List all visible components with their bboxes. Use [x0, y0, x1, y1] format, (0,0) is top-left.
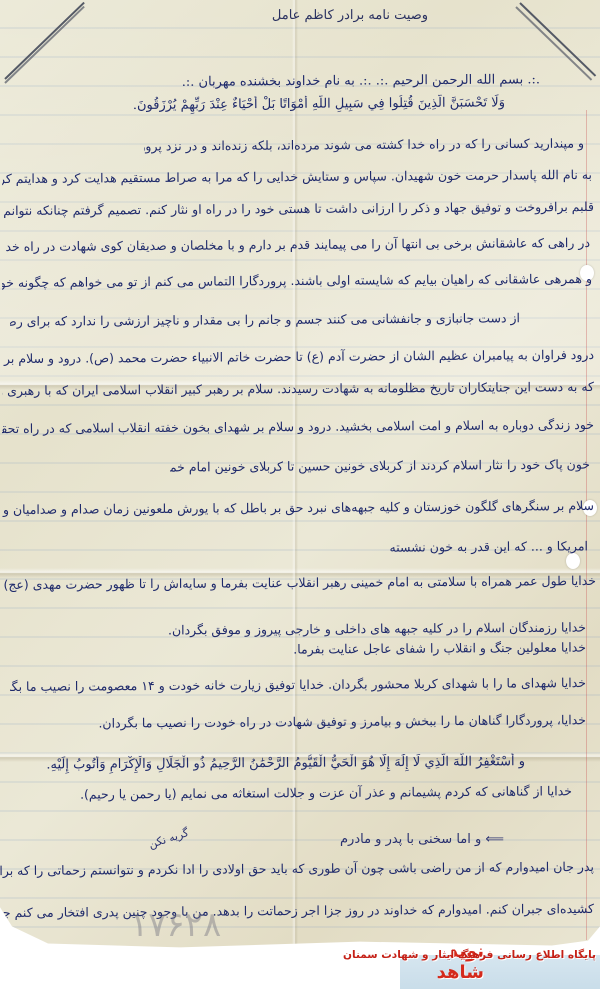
pencil-scribble: ۱۷۶۲۸: [130, 905, 221, 945]
text-line: خدایا طول عمر همراه با سلامتی به امام خم…: [2, 572, 596, 594]
arrow-icon: ⟸: [485, 832, 504, 847]
text-line: پدر جان امیدوارم که از من راضی باشی چون …: [0, 858, 594, 880]
text-line: .:. بسم الله الرحمن الرحیم .:. .:. به نا…: [60, 71, 540, 92]
text-line: از دست جانبازی و جانفشانی می کنند جسم و …: [10, 309, 520, 331]
text-line: درود فراوان به پیامبران عظیم الشان از حض…: [2, 346, 594, 368]
watermark-logo: نوید شاهد: [400, 941, 484, 983]
text-line: که به دست این جنایتکاران تاریخ مظلومانه …: [2, 378, 594, 400]
text-line: وَلَا تَحْسَبَنَّ الَّذِينَ قُتِلُوا فِي…: [35, 94, 505, 115]
section-heading-text: و اما سخنی با پدر و مادرم: [340, 832, 481, 847]
letter-paper: وصیت نامه برادر کاظم عامل .:. بسم الله ا…: [0, 0, 600, 955]
corner-decoration-right: [515, 6, 592, 80]
text-line: سلام بر سنگرهای گلگون خوزستان و کلیه جبه…: [2, 497, 594, 519]
text-line: کشیده‌ای جبران کنم. امیدوارم که خداوند د…: [0, 900, 594, 922]
text-line: در راهی که عاشقانش برخی بی انتها آن را م…: [5, 234, 590, 256]
corner-decoration-right: [519, 2, 596, 76]
text-line: خدایا از گناهانی که کردم پشیمانم و عذر آ…: [72, 782, 572, 803]
text-line: خدایا شهدای ما را با شهدای کربلا محشور ب…: [10, 674, 586, 696]
text-line: امریکا و ... که این قدر به خون نشسته است: [388, 537, 588, 556]
letter-title: وصیت نامه برادر کاظم عامل: [270, 8, 430, 23]
text-line: خود زندگی دوباره به اسلام و امت اسلامی ب…: [2, 416, 594, 438]
margin-annotation: گریه نکن: [147, 826, 190, 851]
text-line: و أَسْتَغْفِرُ اللَّهَ الَّذِي لَا إِلَٰ…: [5, 753, 525, 775]
text-line: خدایا رزمندگان اسلام را در کلیه جبهه های…: [166, 619, 586, 640]
text-line: قلبم برافروخت و توفیق جهاد و ذکر را ارزا…: [2, 198, 594, 220]
section-heading: ⟸ و اما سخنی با پدر و مادرم: [340, 832, 504, 847]
text-line: خدایا، پروردگارا گناهان ما را ببخش و بیا…: [56, 711, 586, 733]
corner-decoration-left: [4, 2, 85, 80]
text-line: و همرهی عاشقانی که راهیان بیایم که شایست…: [2, 270, 592, 292]
corner-decoration-left: [4, 6, 85, 84]
text-line: خون پاک خود را نثار اسلام کردند از کربلا…: [170, 456, 590, 477]
watermark-text: پایگاه اطلاع رسانی فرهنگ ایثار و شهادت س…: [343, 949, 596, 961]
text-line: خدایا معلولین جنگ و انقلاب را شفای عاجل …: [166, 639, 586, 660]
text-line: و مپندارید کسانی را که در راه خدا کشته م…: [144, 134, 584, 155]
text-line: به نام الله پاسدار حرمت خون شهیدان. سپاس…: [2, 166, 592, 188]
watermark-banner: نوید شاهد پایگاه اطلاع رسانی فرهنگ ایثار…: [400, 955, 600, 989]
